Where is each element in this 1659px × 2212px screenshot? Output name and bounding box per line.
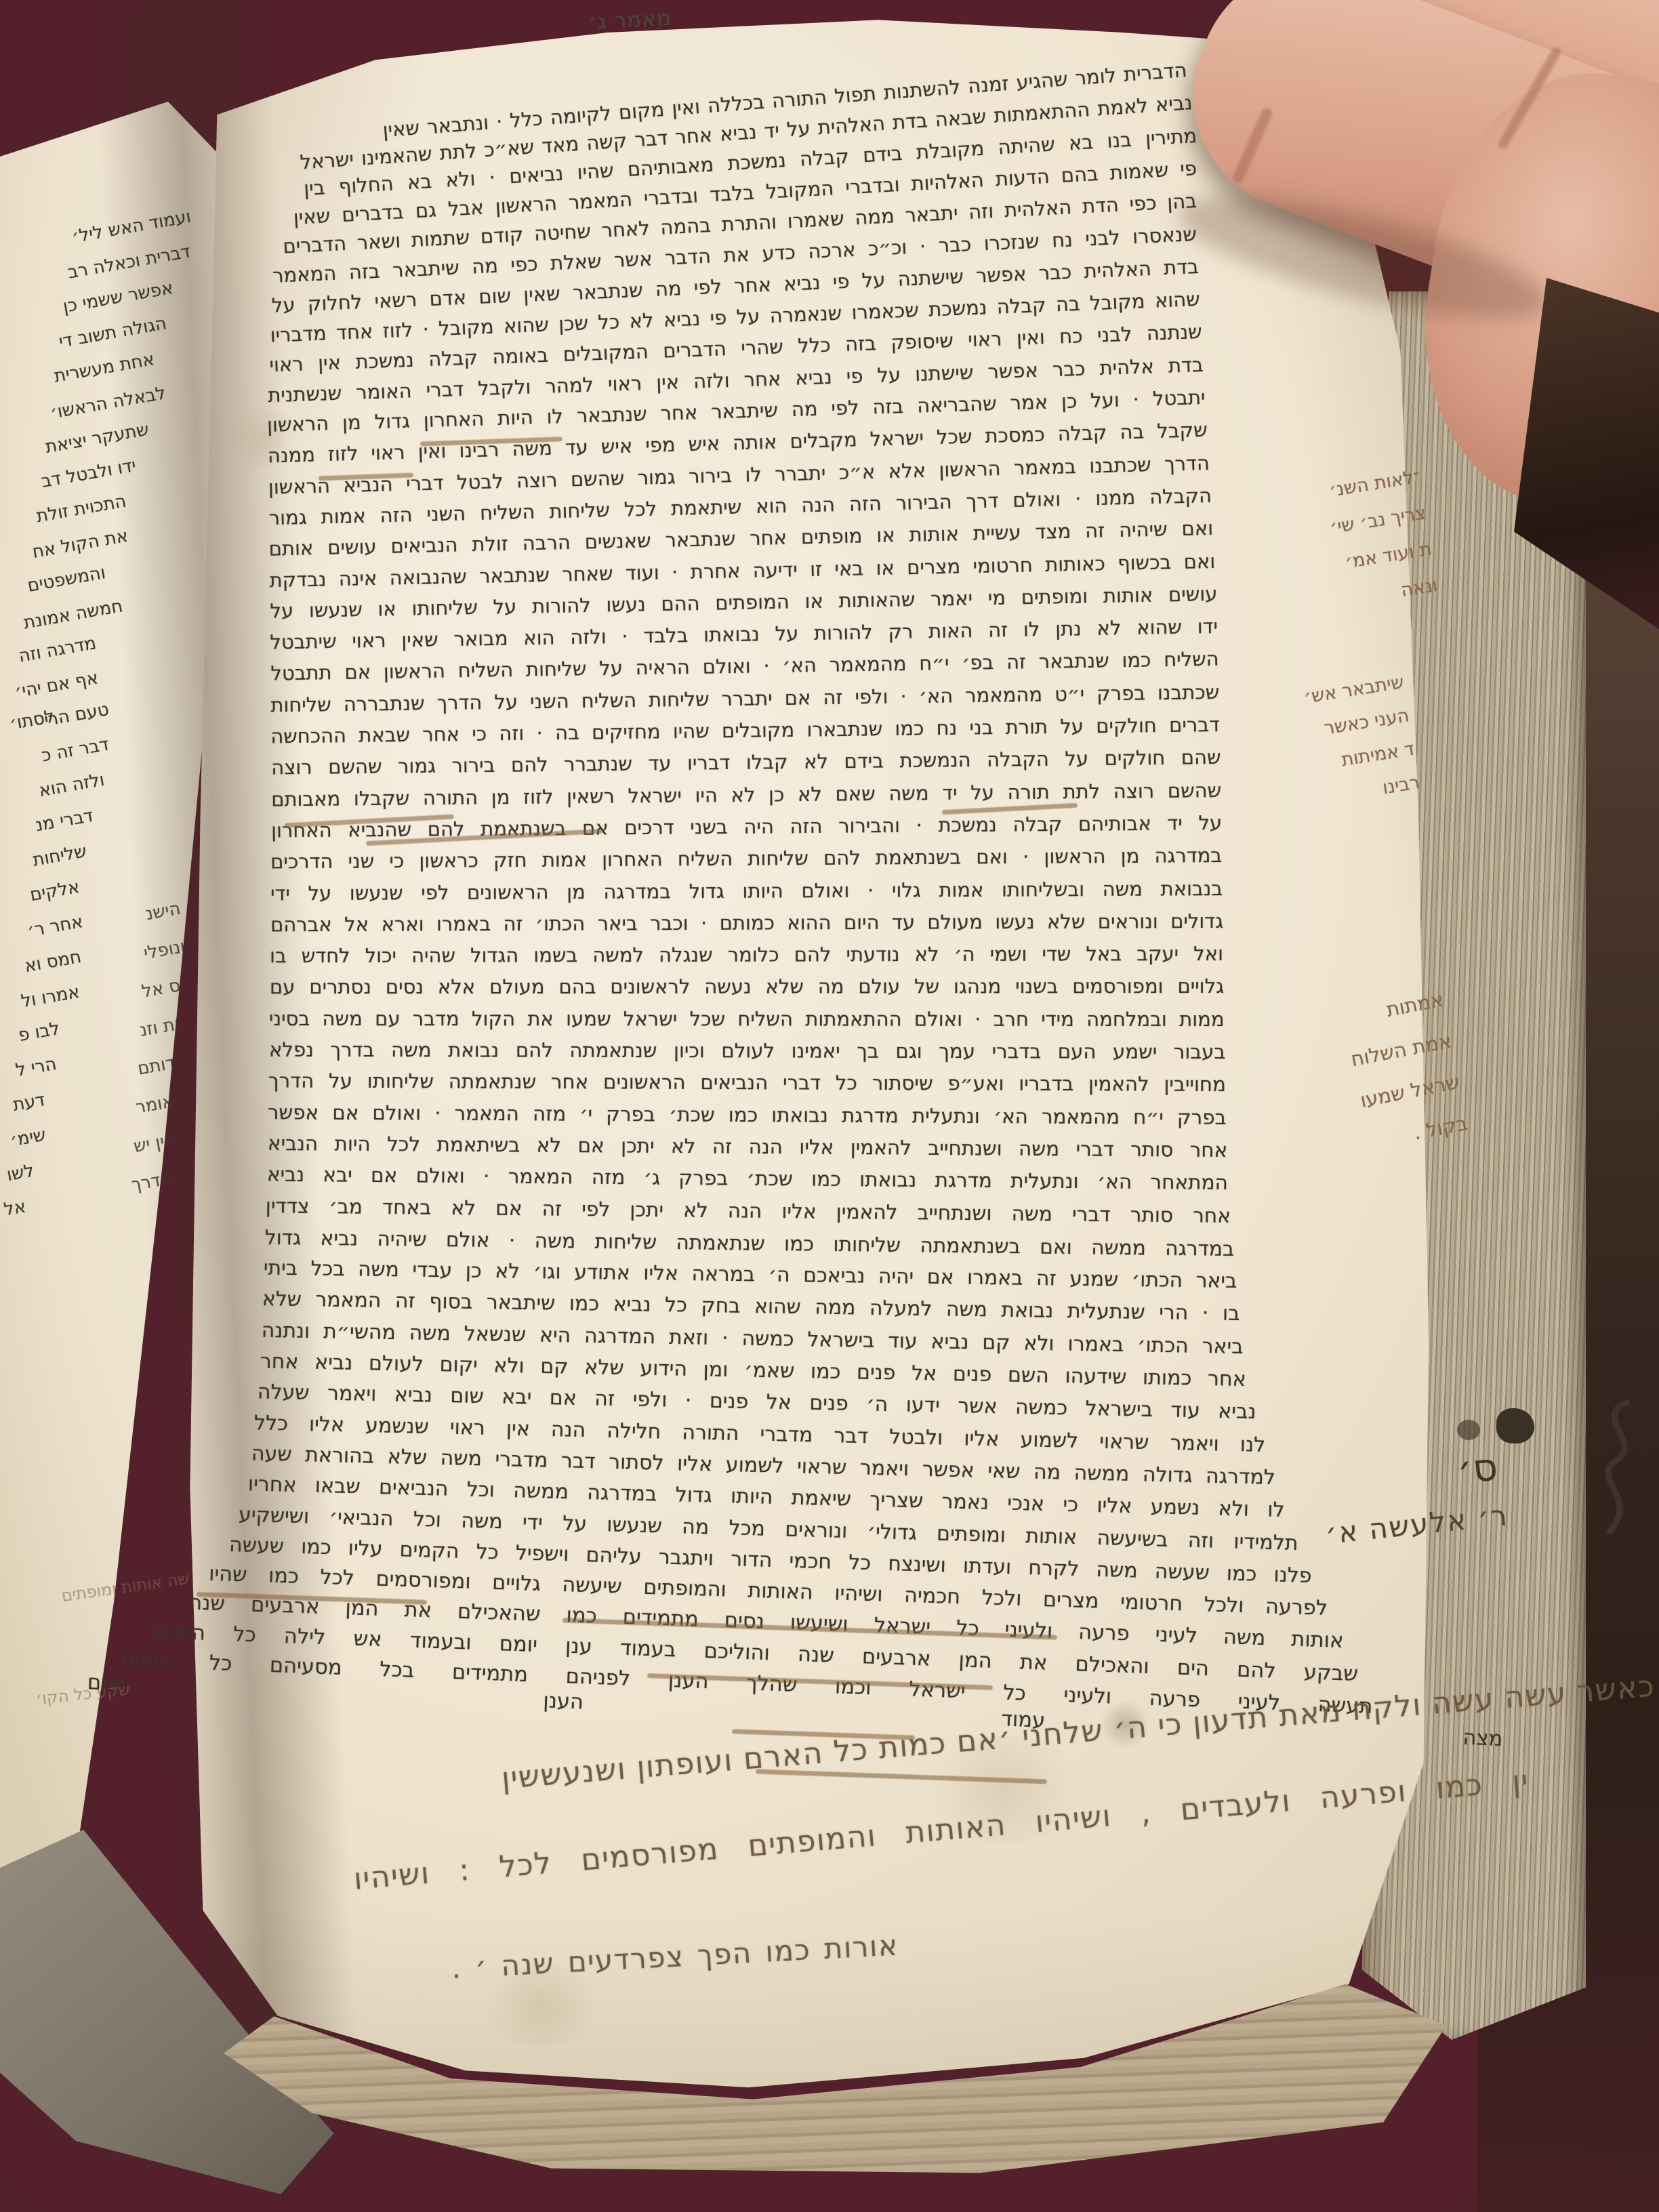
ink-dot bbox=[1457, 1420, 1480, 1440]
printed-text-line: בפרק י״ח מהמאמר הא׳ ונתעלית מדרגת נבואתו… bbox=[268, 1101, 1227, 1129]
text-fragment: אל bbox=[3, 1196, 28, 1220]
hand-holding-page bbox=[1145, 0, 1659, 691]
printed-text-line: מחוייבין להאמין בדבריו ואע״פ שיסתור כל ד… bbox=[268, 1069, 1226, 1097]
ink-blot bbox=[1496, 1408, 1534, 1443]
page-running-header: מאמר ג׳ bbox=[588, 6, 672, 35]
margin-note-mark: ס׳ bbox=[1455, 1445, 1500, 1493]
printed-text-line: ממות ובמלחמה מידי חרב · ואולם ההתאמתות ה… bbox=[269, 1007, 1225, 1031]
photo-of-open-book: { "photo": { "header": "מאמר ג׳", "body_… bbox=[0, 0, 1659, 2212]
ink-flourish bbox=[1579, 1396, 1654, 1538]
printed-text-line: גלויים ומפורסמים בשנוי מנהגו של עולם מה … bbox=[270, 975, 1224, 998]
printed-text-line: ואל יעקב באל שדי ושמי ה׳ לא נודעתי להם כ… bbox=[270, 942, 1223, 967]
printed-text-line: גדולים ונוראים שלא נעשו מעולם עד היום הה… bbox=[270, 909, 1223, 936]
printed-text-line: בנבואת משה ובשליחותו אמות גלוי · ואולם ה… bbox=[270, 877, 1223, 905]
printed-text-line: בעבור ישמע העם בדברי עמך וגם בך יאמינו ל… bbox=[269, 1038, 1225, 1063]
